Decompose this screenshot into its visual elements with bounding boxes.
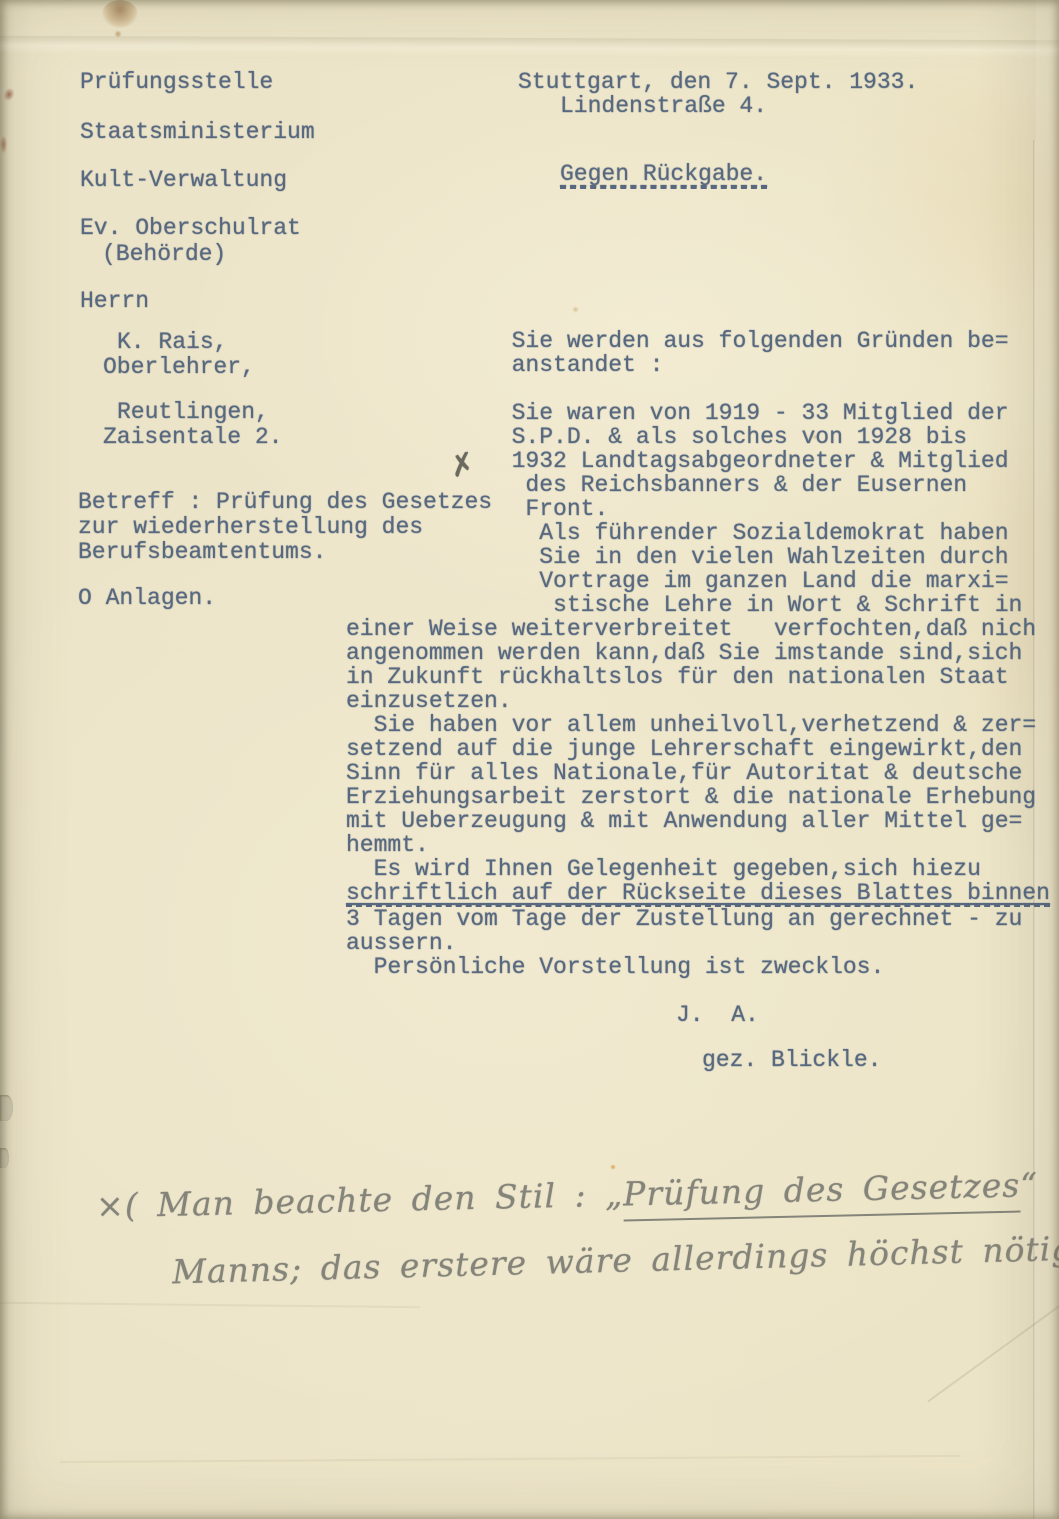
- stain-spot: [102, 0, 138, 28]
- sender-line: (Behörde): [102, 242, 226, 266]
- body-line: Persönliche Vorstellung ist zwecklos.: [346, 955, 1059, 979]
- fold-crease: [0, 36, 1059, 59]
- handwritten-note-line1: ×( Man beachte den Stil : „Prüfung des G…: [96, 1158, 1059, 1226]
- body-line: Erziehungsarbeit zerstort & die national…: [346, 785, 1059, 809]
- body-line: Sie haben vor allem unheilvoll,verhetzen…: [346, 713, 1059, 737]
- enclosures-line: O Anlagen.: [78, 586, 216, 610]
- handwritten-note-part: “ !!, also nicht des: [1020, 1158, 1059, 1205]
- body-line: stische Lehre in Wort & Schrift in: [346, 593, 1059, 617]
- body-line: des Reichsbanners & der Eusernen: [346, 473, 1059, 497]
- body-line: angenommen werden kann,daß Sie imstande …: [346, 641, 1059, 665]
- handwritten-note-part: Prüfung des Gesetzes: [623, 1166, 1021, 1222]
- sender-line: Ev. Oberschulrat: [80, 216, 301, 240]
- stain-spot: [2, 87, 16, 103]
- recipient-city: Reutlingen,: [117, 400, 269, 424]
- stain-spot: [0, 136, 7, 153]
- fold-crease: [60, 1455, 960, 1463]
- recipient-street: Zaisentale 2.: [103, 425, 282, 449]
- body-line: [346, 377, 1059, 401]
- body-line: aussern.: [346, 931, 1059, 955]
- stain-spot: [114, 30, 122, 38]
- body-line: Sie werden aus folgenden Gründen be=: [346, 329, 1059, 353]
- document-page: Prüfungsstelle Staatsministerium Kult-Ve…: [0, 0, 1059, 1519]
- body-line: setzend auf die junge Lehrerschaft einge…: [346, 737, 1059, 761]
- body-line: Sie waren von 1919 - 33 Mitglied der: [346, 401, 1059, 425]
- handwritten-note-line2: Manns; das erstere wäre allerdings höchs…: [172, 1224, 1059, 1292]
- date-line: Stuttgart, den 7. Sept. 1933.: [518, 70, 918, 94]
- signature-ja: J. A.: [676, 1003, 759, 1027]
- paper-tear: [0, 1148, 9, 1168]
- sender-line: Prüfungsstelle: [80, 70, 273, 94]
- body-line: Als führender Sozialdemokrat haben: [346, 521, 1059, 545]
- handwritten-note-part: ×( Man beachte den Stil : „: [96, 1175, 624, 1226]
- body-line: hemmt.: [346, 833, 1059, 857]
- body-line: mit Ueberzeugung & mit Anwendung aller M…: [346, 809, 1059, 833]
- recipient-title: Oberlehrer,: [103, 355, 255, 379]
- address-line: Lindenstraße 4.: [560, 94, 767, 118]
- body-line: Sinn für alles Nationale,für Autoritat &…: [346, 761, 1059, 785]
- body-line: in Zukunft rückhaltslos für den national…: [346, 665, 1059, 689]
- delivery-note: Gegen Rückgabe.: [560, 162, 767, 189]
- body-line: Sie in den vielen Wahlzeiten durch: [346, 545, 1059, 569]
- paper-tear: [0, 1095, 13, 1121]
- body-line: schriftlich auf der Rückseite dieses Bla…: [346, 881, 1050, 907]
- stain-spot: [572, 306, 579, 313]
- body-line: Front.: [346, 497, 1059, 521]
- body-line: 3 Tagen vom Tage der Zustellung an gerec…: [346, 907, 1059, 931]
- body-line: einer Weise weiterverbreitet verfochten,…: [346, 617, 1059, 641]
- sender-line: Staatsministerium: [80, 120, 315, 144]
- recipient-salutation: Herrn: [80, 289, 149, 313]
- body-line: 1932 Landtagsabgeordneter & Mitglied: [346, 449, 1059, 473]
- stain-spot: [610, 1164, 616, 1170]
- recipient-name: K. Rais,: [117, 330, 227, 354]
- body-line: Es wird Ihnen Gelegenheit gegeben,sich h…: [346, 857, 1059, 881]
- sender-line: Kult-Verwaltung: [80, 168, 287, 192]
- fold-crease: [0, 1302, 420, 1308]
- body-line: S.P.D. & als solches von 1928 bis: [346, 425, 1059, 449]
- body-line: anstandet :: [346, 353, 1059, 377]
- letter-body: Sie werden aus folgenden Gründen be= ans…: [346, 329, 1059, 979]
- body-line: einzusetzen.: [346, 689, 1059, 713]
- body-line: Vortrage im ganzen Land die marxi=: [346, 569, 1059, 593]
- signature-name: gez. Blickle.: [702, 1048, 881, 1072]
